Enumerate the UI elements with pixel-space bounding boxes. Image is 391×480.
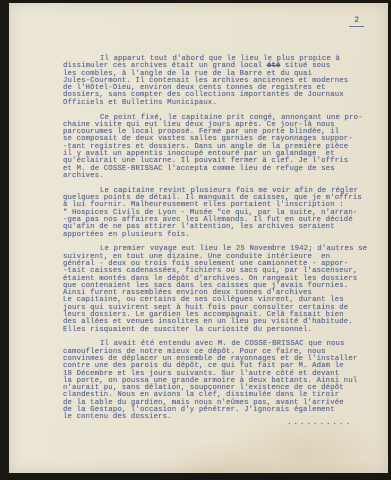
text-line: archives. [63, 173, 367, 180]
ellipsis-dots: .......... [287, 419, 352, 427]
text-line: apportées en plusieurs fois. [63, 232, 367, 239]
paragraph-2: Ce point fixé, le capitaine prit congé, … [63, 115, 367, 181]
document-page: 2 Il apparut tout d'abord que le lieu le… [9, 3, 388, 473]
text-line: Officiels et Bulletins Municipaux. [63, 100, 367, 107]
paragraph-4: Le premier voyage eut lieu le 25 Novembr… [63, 246, 367, 334]
text-line: Elles risquaient de susciter la curiosit… [63, 327, 367, 334]
text-line: et M. de COSSE-BRISSAC l'accepta comme l… [63, 166, 367, 173]
paragraph-5: Il avait été entendu avec M. de COSSE-BR… [63, 341, 367, 421]
page-number: 2 [349, 16, 364, 27]
paragraph-3: Le capitaine revint plusieurs fois me vo… [63, 188, 367, 239]
typewritten-text: Il apparut tout d'abord que le lieu le p… [63, 56, 367, 422]
paragraph-1: Il apparut tout d'abord que le lieu le p… [63, 56, 367, 107]
